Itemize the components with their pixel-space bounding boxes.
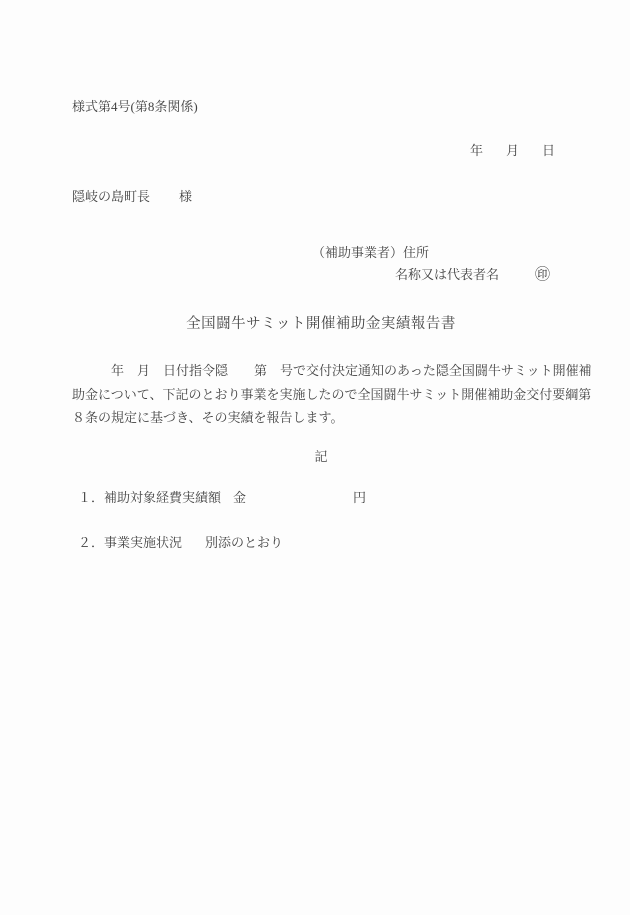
seal-icon: ㊞ [535, 267, 550, 283]
applicant-name-line: 名称又は代表者名㊞ [395, 263, 550, 284]
body-line: 年 月 日付指令隠 第 号で交付決定通知のあった隠全国闘牛サミット開催補 [72, 359, 592, 383]
body-paragraph: 年 月 日付指令隠 第 号で交付決定通知のあった隠全国闘牛サミット開催補 助金に… [72, 359, 592, 430]
applicant-role-label: （補助事業者）住所 [312, 242, 429, 261]
document-title: 全国闘牛サミット開催補助金実績報告書 [6, 312, 630, 333]
item-number: １． [78, 490, 104, 505]
list-marker: 記 [6, 446, 630, 465]
item-number: ２． [78, 535, 104, 550]
form-number: 様式第4号(第8条関係) [72, 96, 198, 115]
body-line: 助金について、下記のとおり事業を実施したので全国闘牛サミット開催補助金交付要綱第 [72, 383, 592, 407]
item-label: 事業実施状況 [104, 535, 182, 550]
date-month-label: 月 [506, 140, 519, 159]
date-day-label: 日 [542, 140, 555, 159]
applicant-name-label: 名称又は代表者名 [395, 267, 499, 282]
amount-unit: 円 [353, 490, 366, 505]
amount-prefix: 金 [233, 490, 246, 505]
report-item-expenses: １．補助対象経費実績額金円 [78, 487, 366, 506]
item-label: 補助対象経費実績額 [104, 490, 221, 505]
item-value: 別添のとおり [205, 535, 283, 550]
document-page: 様式第4号(第8条関係) 年 月 日 隠岐の島町長様 （補助事業者）住所 名称又… [0, 0, 630, 915]
addressee-line: 隠岐の島町長様 [72, 186, 192, 205]
date-year-label: 年 [470, 140, 483, 159]
date-line: 年 月 日 [470, 140, 555, 159]
body-line: ８条の規定に基づき、その実績を報告します。 [72, 406, 592, 430]
addressee-honorific: 様 [179, 189, 192, 204]
addressee-name: 隠岐の島町長 [72, 189, 150, 204]
report-item-status: ２．事業実施状況別添のとおり [78, 532, 283, 551]
